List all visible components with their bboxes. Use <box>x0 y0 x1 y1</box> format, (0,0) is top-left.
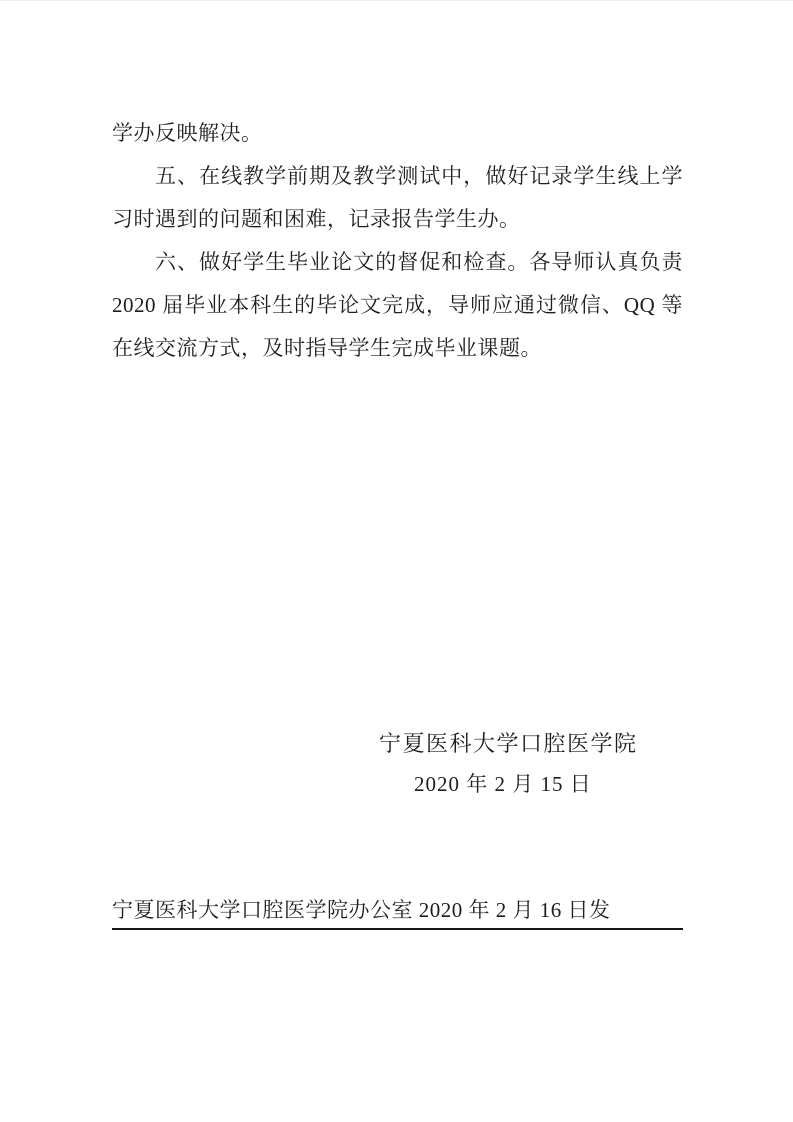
signature-date: 2020 年 2 月 15 日 <box>414 768 592 798</box>
paragraph-item-five: 五、在线教学前期及教学测试中，做好记录学生线上学习时遇到的问题和困难，记录报告学… <box>112 155 683 241</box>
footer-issuance-note: 宁夏医科大学口腔医学院办公室 2020 年 2 月 16 日发 <box>112 894 683 930</box>
document-body: 学办反映解决。 五、在线教学前期及教学测试中，做好记录学生线上学习时遇到的问题和… <box>112 112 683 370</box>
paragraph-continuation: 学办反映解决。 <box>112 112 683 155</box>
signature-organization: 宁夏医科大学口腔医学院 <box>379 727 638 758</box>
paragraph-item-six: 六、做好学生毕业论文的督促和检查。各导师认真负责 2020 届毕业本科生的毕论文… <box>112 241 683 370</box>
document-page: 学办反映解决。 五、在线教学前期及教学测试中，做好记录学生线上学习时遇到的问题和… <box>0 0 793 1122</box>
